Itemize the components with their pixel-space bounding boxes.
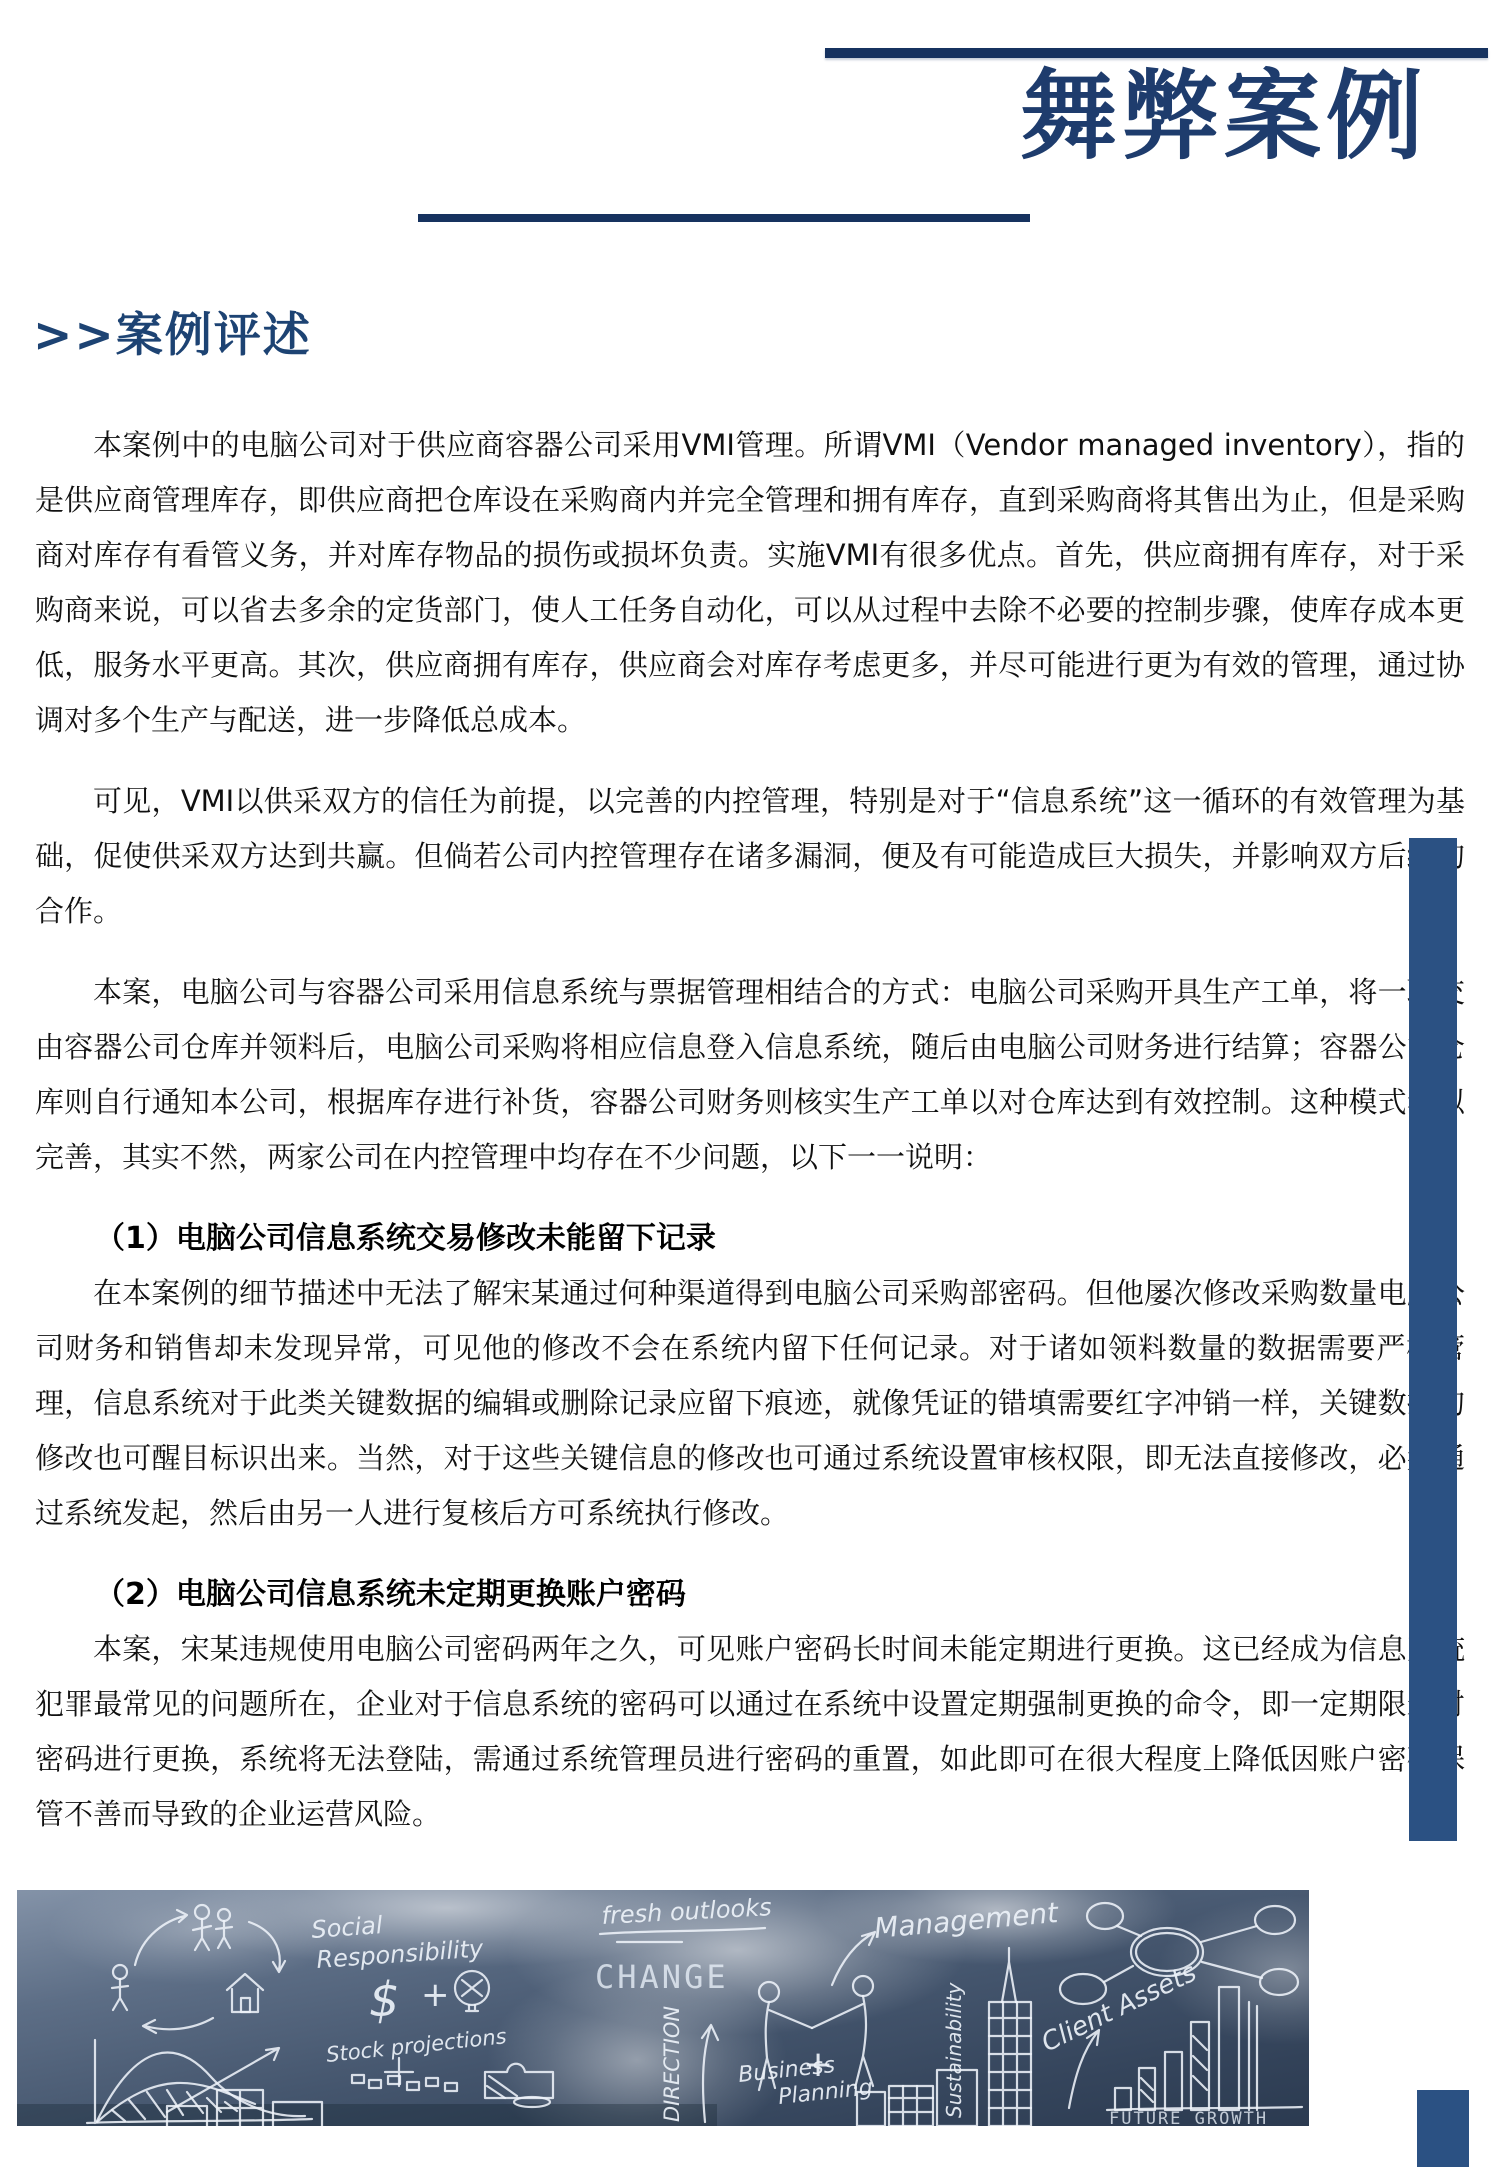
footer-photo: Social Responsibility $ + Stock projecti…: [17, 1890, 1309, 2126]
future-growth-label: FUTURE GROWTH: [1109, 2109, 1268, 2126]
page-title: 舞弊案例: [1020, 64, 1428, 171]
business-sketch-illustration: Social Responsibility $ + Stock projecti…: [17, 1890, 1309, 2126]
title-bottom-rule: [418, 214, 1030, 222]
article-paragraph: 可见，VMI以供采双方的信任为前提，以完善的内控管理，特别是对于“信息系统”这一…: [35, 774, 1465, 939]
social-responsibility-label-1: Social: [310, 1911, 383, 1944]
sustainability-label: Sustainability: [942, 1981, 966, 2118]
section-heading: >>案例评述: [33, 298, 312, 365]
article-paragraph: 本案，电脑公司与容器公司采用信息系统与票据管理相结合的方式：电脑公司采购开具生产…: [35, 965, 1465, 1185]
plus-icon: +: [421, 1975, 450, 2015]
right-accent-bar: [1409, 838, 1457, 1841]
article-body: 本案例中的电脑公司对于供应商容器公司采用VMI管理。所谓VMI（Vendor m…: [35, 418, 1465, 1868]
document-page: 舞弊案例 >>案例评述 本案例中的电脑公司对于供应商容器公司采用VMI管理。所谓…: [0, 0, 1500, 2167]
article-subheading-2: （2）电脑公司信息系统未定期更换账户密码: [35, 1567, 1465, 1622]
bottom-right-accent-bar: [1417, 2090, 1469, 2167]
dollar-icon: $: [369, 1972, 400, 2028]
article-subheading-1: （1）电脑公司信息系统交易修改未能留下记录: [35, 1211, 1465, 1266]
article-paragraph: 本案例中的电脑公司对于供应商容器公司采用VMI管理。所谓VMI（Vendor m…: [35, 418, 1465, 748]
change-label: CHANGE: [595, 1958, 729, 1996]
title-top-rule: [825, 48, 1488, 58]
article-paragraph: 在本案例的细节描述中无法了解宋某通过何种渠道得到电脑公司采购部密码。但他屡次修改…: [35, 1266, 1465, 1541]
direction-label: DIRECTION: [660, 2006, 684, 2122]
article-paragraph: 本案，宋某违规使用电脑公司密码两年之久，可见账户密码长时间未能定期进行更换。这已…: [35, 1622, 1465, 1842]
